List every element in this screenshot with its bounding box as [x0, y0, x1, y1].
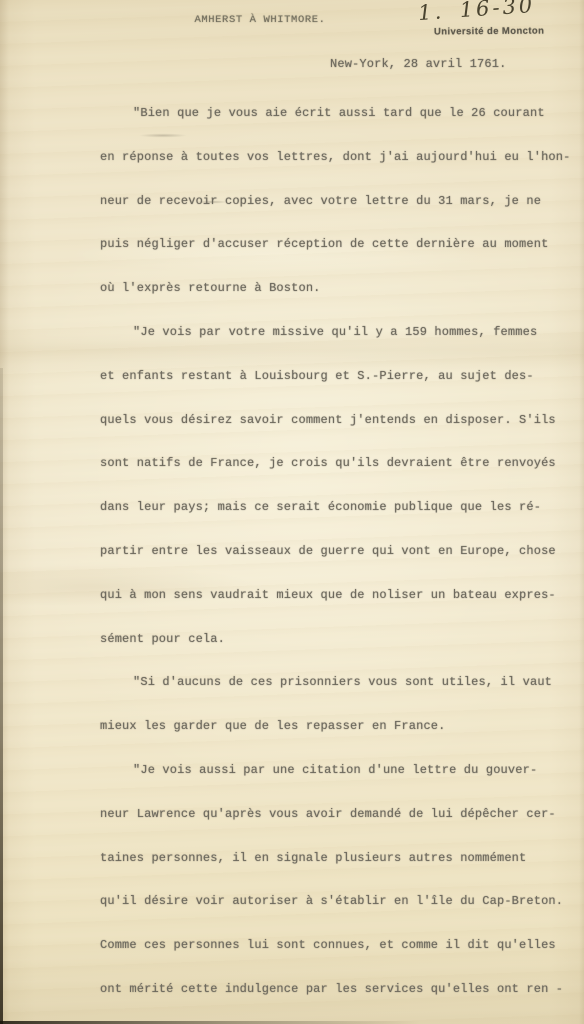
scan-left-shadow [0, 0, 9, 1024]
letter-title: AMHERST À WHITMORE. [100, 14, 420, 26]
letter-line: neur de recevoir copies, avec votre lett… [100, 180, 575, 224]
letter-line: puis négliger d'accuser réception de cet… [100, 223, 575, 267]
letter-line: "Bien que je vous aie écrit aussi tard q… [100, 92, 575, 136]
paragraph-1: "Bien que je vous aie écrit aussi tard q… [100, 92, 575, 311]
paragraph-4: "Je vois aussi par une citation d'une le… [100, 749, 575, 1012]
letter-line: neur Lawrence qu'après vous avoir demand… [100, 793, 575, 837]
letter-dateline: New-York, 28 avril 1761. [330, 57, 506, 71]
letter-line: partir entre les vaisseaux de guerre qui… [100, 530, 575, 574]
letter-line: qu'il désire voir autoriser à s'établir … [100, 880, 575, 924]
letter-line: ont mérité cette indulgence par les serv… [100, 968, 575, 1012]
letter-line: quels vous désirez savoir comment j'ente… [100, 399, 575, 443]
letter-line: qui à mon sens vaudrait mieux que de nol… [100, 574, 575, 618]
paragraph-2: "Je vois par votre missive qu'il y a 159… [100, 311, 575, 661]
letter-body: "Bien que je vous aie écrit aussi tard q… [100, 92, 575, 1012]
scanned-letter-page: AMHERST À WHITMORE. 1. 16-30 Université … [0, 0, 584, 1024]
scan-left-edge [0, 368, 3, 1024]
university-stamp: Université de Moncton [434, 26, 544, 38]
scan-right-shadow [579, 0, 584, 1024]
letter-line: mieux les garder que de les repasser en … [100, 705, 575, 749]
letter-line: sont natifs de France, je crois qu'ils d… [100, 442, 575, 486]
paragraph-3: "Si d'aucuns de ces prisonniers vous son… [100, 661, 575, 749]
letter-line: "Je vois aussi par une citation d'une le… [100, 749, 575, 793]
letter-line: dans leur pays; mais ce serait économie … [100, 486, 575, 530]
handwritten-archive-number: 1. 16-30 [417, 0, 536, 25]
letter-line: en réponse à toutes vos lettres, dont j'… [100, 136, 575, 180]
letter-line: Comme ces personnes lui sont connues, et… [100, 924, 575, 968]
letter-line: "Si d'aucuns de ces prisonniers vous son… [100, 661, 575, 705]
letter-line: et enfants restant à Louisbourg et S.-Pi… [100, 355, 575, 399]
letter-line: taines personnes, il en signale plusieur… [100, 837, 575, 881]
letter-line: sément pour cela. [100, 618, 575, 662]
letter-line: "Je vois par votre missive qu'il y a 159… [100, 311, 575, 355]
letter-line: où l'exprès retourne à Boston. [100, 267, 575, 311]
